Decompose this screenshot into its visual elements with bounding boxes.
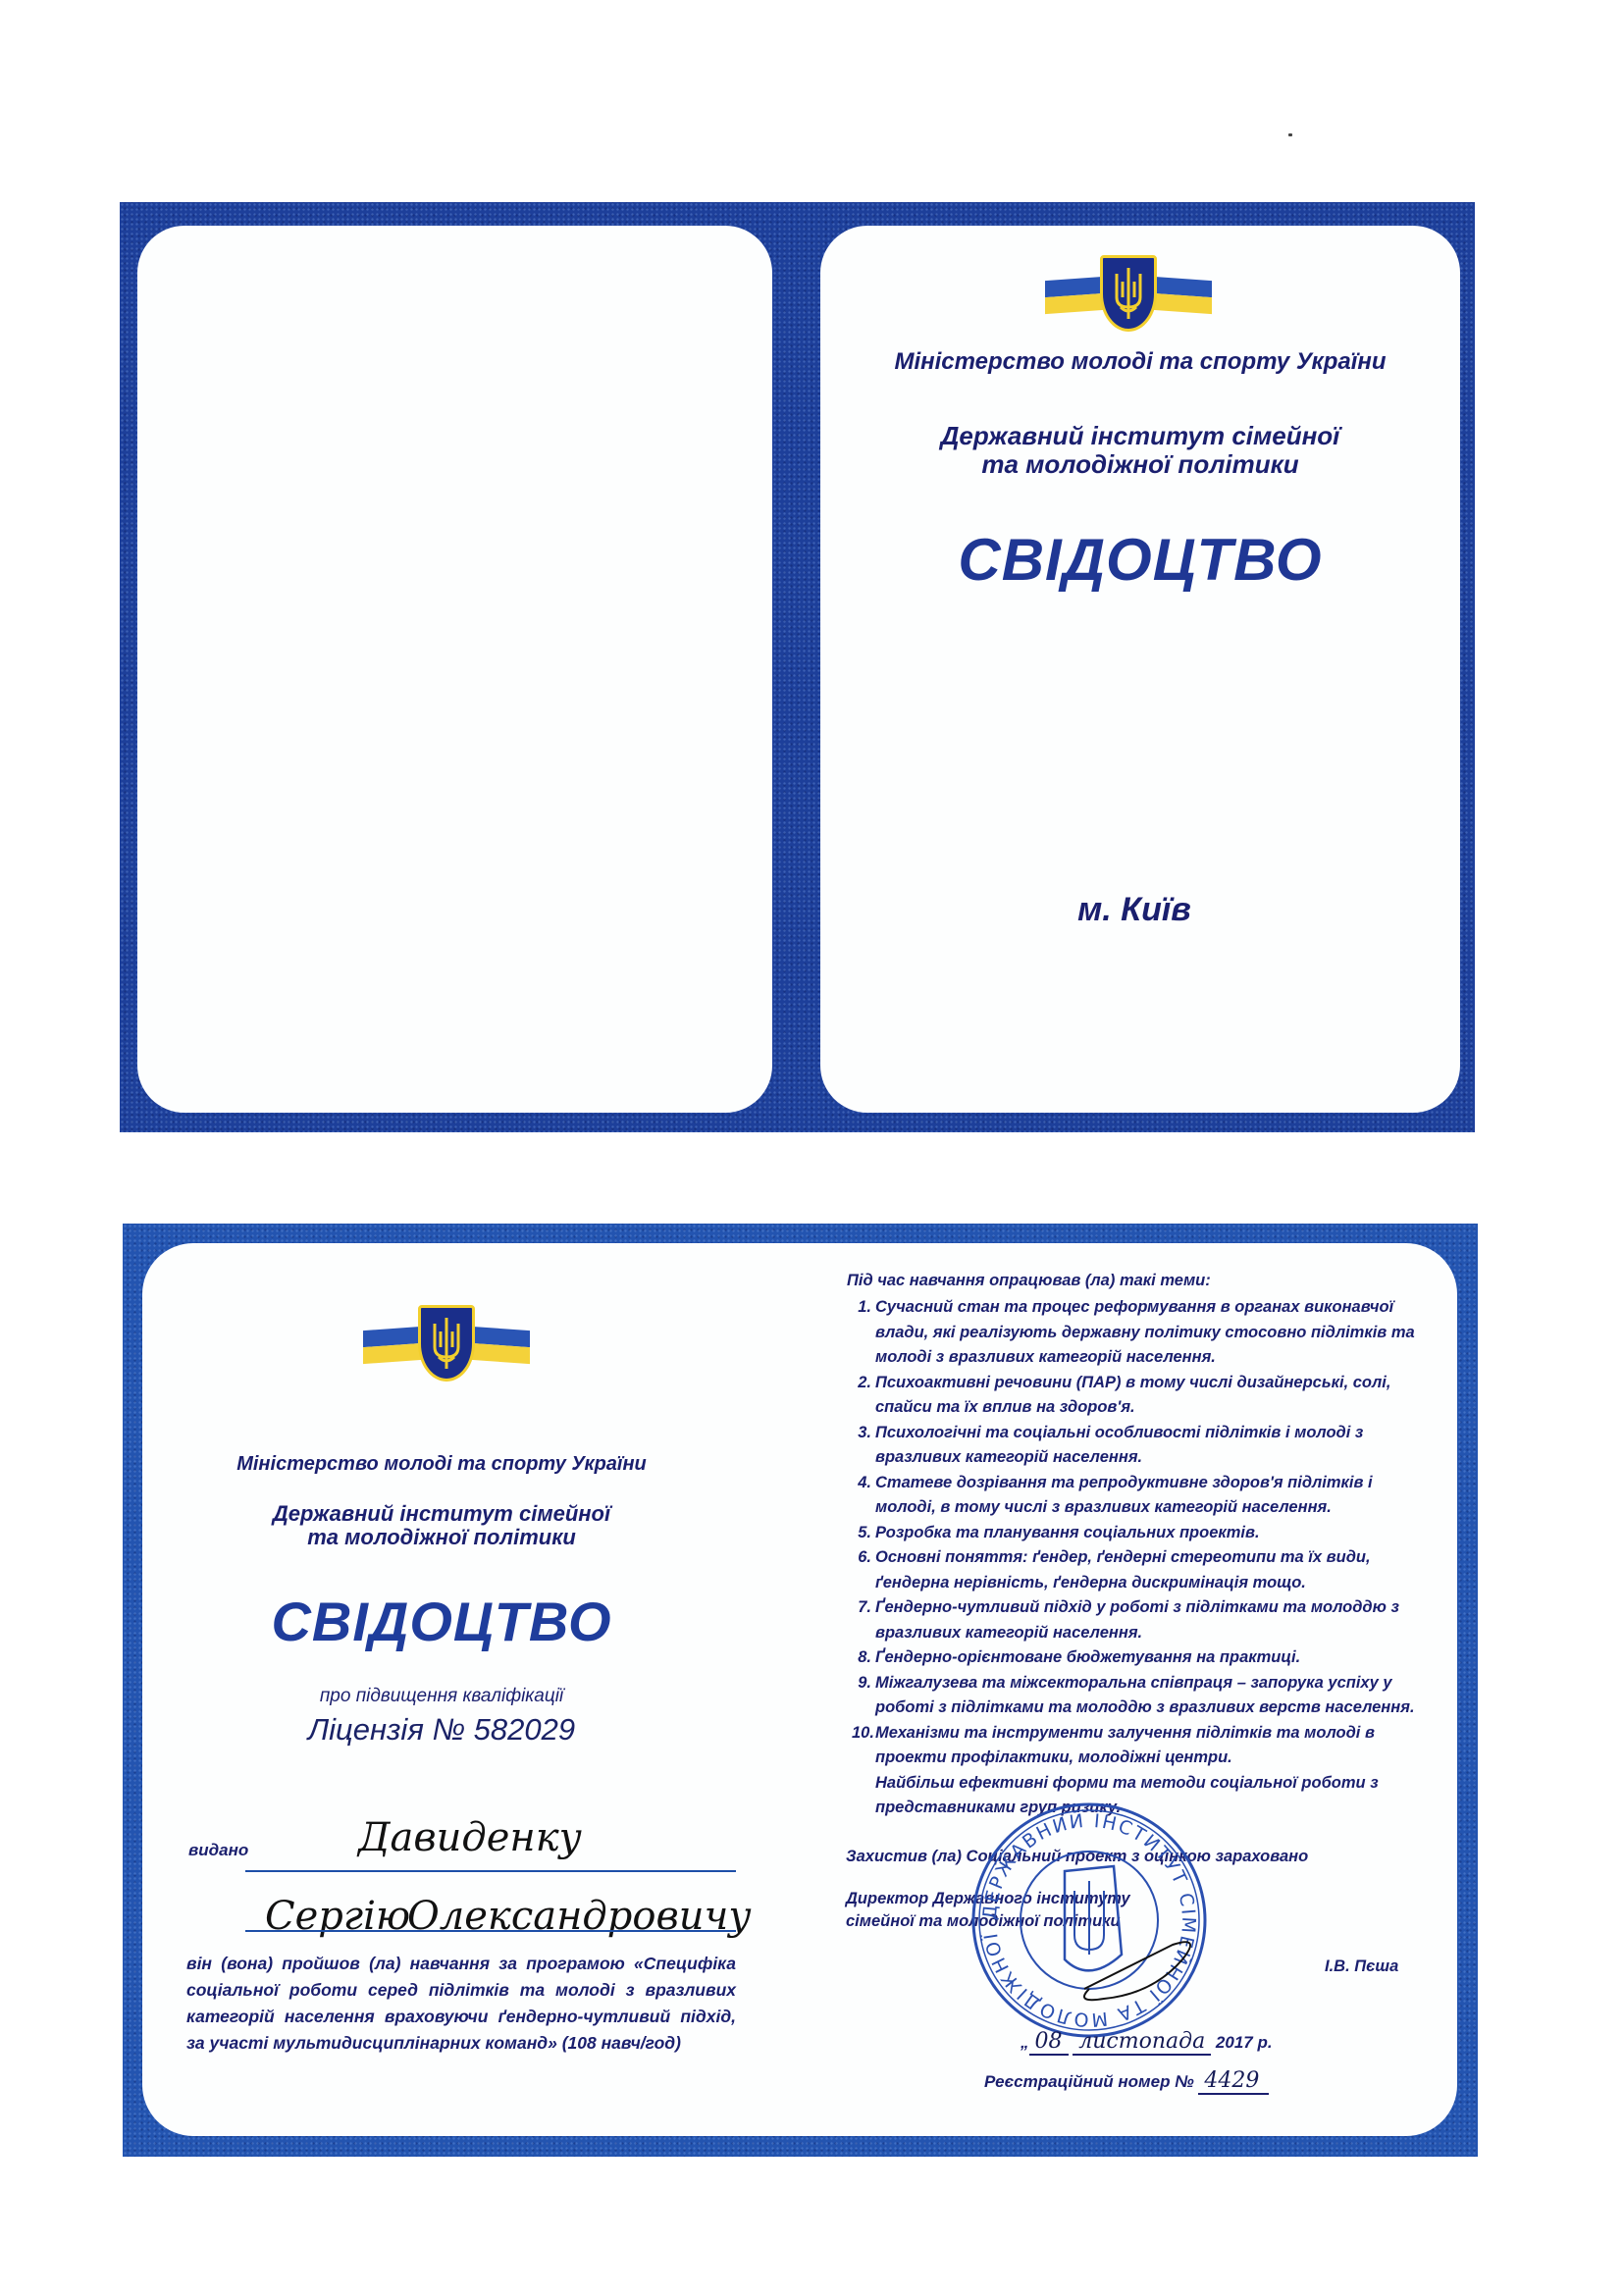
- topic-text: Статеве дозрівання та репродуктивне здор…: [875, 1474, 1373, 1517]
- certificate-cover: Міністерство молоді та спорту України Де…: [120, 202, 1475, 1132]
- topic-item: 5.Розробка та планування соціальних прое…: [856, 1521, 1435, 1546]
- given-name-underline: [245, 1930, 736, 1932]
- certificate-subtitle: про підвищення кваліфікації: [196, 1686, 687, 1707]
- coat-of-arms-icon: [1045, 255, 1212, 336]
- recipient-surname: Давиденку: [358, 1815, 582, 1860]
- certificate-title: СВІДОЦТВО: [196, 1590, 687, 1653]
- topic-number: 2.: [852, 1371, 871, 1396]
- topic-text: Механізми та інструменти залучення підлі…: [875, 1724, 1375, 1767]
- issue-date: „08 листопада 2017 р.: [1021, 2029, 1273, 2056]
- topic-text: Ґендерно-орієнтоване бюджетування на пра…: [875, 1648, 1300, 1666]
- recipient-given-name: Сергію: [265, 1894, 410, 1939]
- topic-item: 4.Статеве дозрівання та репродуктивне зд…: [856, 1471, 1435, 1521]
- topic-item: 1.Сучасний стан та процес реформування в…: [856, 1295, 1435, 1371]
- topic-item: 6.Основні поняття: ґендер, ґендерні стер…: [856, 1545, 1435, 1595]
- institute-line-2: та молодіжної політики: [820, 450, 1460, 479]
- ministry-name: Міністерство молоді та спорту України: [820, 348, 1460, 376]
- institute-name: Державний інститут сімейної та молодіжно…: [196, 1502, 687, 1549]
- date-year: 2017 р.: [1216, 2033, 1273, 2052]
- issued-label: видано: [188, 1841, 248, 1860]
- date-quote: „: [1021, 2033, 1029, 2052]
- topics-list: 1.Сучасний стан та процес реформування в…: [856, 1295, 1435, 1821]
- topic-item: 7.Ґендерно-чутливий підхід у роботі з пі…: [856, 1595, 1435, 1645]
- topic-text: Розробка та планування соціальних проект…: [875, 1524, 1260, 1541]
- program-description: він (вона) пройшов (ла) навчання за прог…: [186, 1951, 736, 2057]
- cover-front-panel: Міністерство молоді та спорту України Де…: [820, 226, 1460, 1113]
- institute-line-2: та молодіжної політики: [196, 1526, 687, 1549]
- topic-item: 9.Міжгалузева та міжсекторальна співпрац…: [856, 1671, 1435, 1721]
- coat-of-arms-icon: [363, 1305, 530, 1385]
- official-seal-icon: ДЕРЖАВНИЙ ІНСТИТУТ СІМЕЙНОЇ ТА МОЛОДІЖНО…: [967, 1798, 1212, 2043]
- registration-number-line: Реєстраційний номер № 4429: [984, 2068, 1269, 2095]
- recipient-patronymic: Олександровичу: [407, 1894, 752, 1939]
- topic-number: 1.: [852, 1295, 871, 1321]
- ministry-name: Міністерство молоді та спорту України: [196, 1453, 687, 1476]
- topic-text: Основні поняття: ґендер, ґендерні стерео…: [875, 1548, 1371, 1592]
- topic-number: 7.: [852, 1595, 871, 1621]
- topic-text: Психоактивні речовини (ПАР) в тому числі…: [875, 1374, 1390, 1417]
- institute-line-1: Державний інститут сімейної: [820, 422, 1460, 450]
- topic-item: 3.Психологічні та соціальні особливості …: [856, 1421, 1435, 1471]
- topic-text: Психологічні та соціальні особливості пі…: [875, 1424, 1363, 1467]
- topic-item: 8.Ґендерно-орієнтоване бюджетування на п…: [856, 1645, 1435, 1671]
- topic-number: 8.: [852, 1645, 871, 1671]
- topic-text: Міжгалузева та міжсекторальна співпраця …: [875, 1674, 1415, 1717]
- cover-back-panel: [137, 226, 772, 1113]
- certificate-title: СВІДОЦТВО: [820, 526, 1460, 594]
- date-day: 08: [1029, 2029, 1069, 2056]
- institute-line-1: Державний інститут сімейної: [196, 1502, 687, 1526]
- topics-heading: Під час навчання опрацював (ла) такі тем…: [847, 1272, 1211, 1290]
- topic-item: 2.Психоактивні речовини (ПАР) в тому чис…: [856, 1371, 1435, 1421]
- topic-number: 4.: [852, 1471, 871, 1496]
- registration-number: 4429: [1198, 2068, 1269, 2095]
- topic-number: 5.: [852, 1521, 871, 1546]
- license-number: Ліцензія № 582029: [196, 1712, 687, 1748]
- topic-number: 9.: [852, 1671, 871, 1696]
- city: м. Київ: [987, 891, 1282, 929]
- date-month: листопада: [1073, 2029, 1211, 2056]
- registration-label: Реєстраційний номер №: [984, 2072, 1194, 2091]
- topic-text: Ґендерно-чутливий підхід у роботі з підл…: [875, 1598, 1399, 1642]
- director-name: І.В. Пєша: [1325, 1955, 1398, 1979]
- topic-item: 10.Механізми та інструменти залучення пі…: [856, 1721, 1435, 1771]
- institute-name: Державний інститут сімейної та молодіжно…: [820, 422, 1460, 479]
- scan-speck: [1288, 133, 1292, 136]
- topic-text: Сучасний стан та процес реформування в о…: [875, 1298, 1415, 1366]
- topic-number: 6.: [852, 1545, 871, 1571]
- topic-number: 3.: [852, 1421, 871, 1446]
- surname-underline: [245, 1870, 736, 1872]
- topic-number: 10.: [852, 1721, 871, 1747]
